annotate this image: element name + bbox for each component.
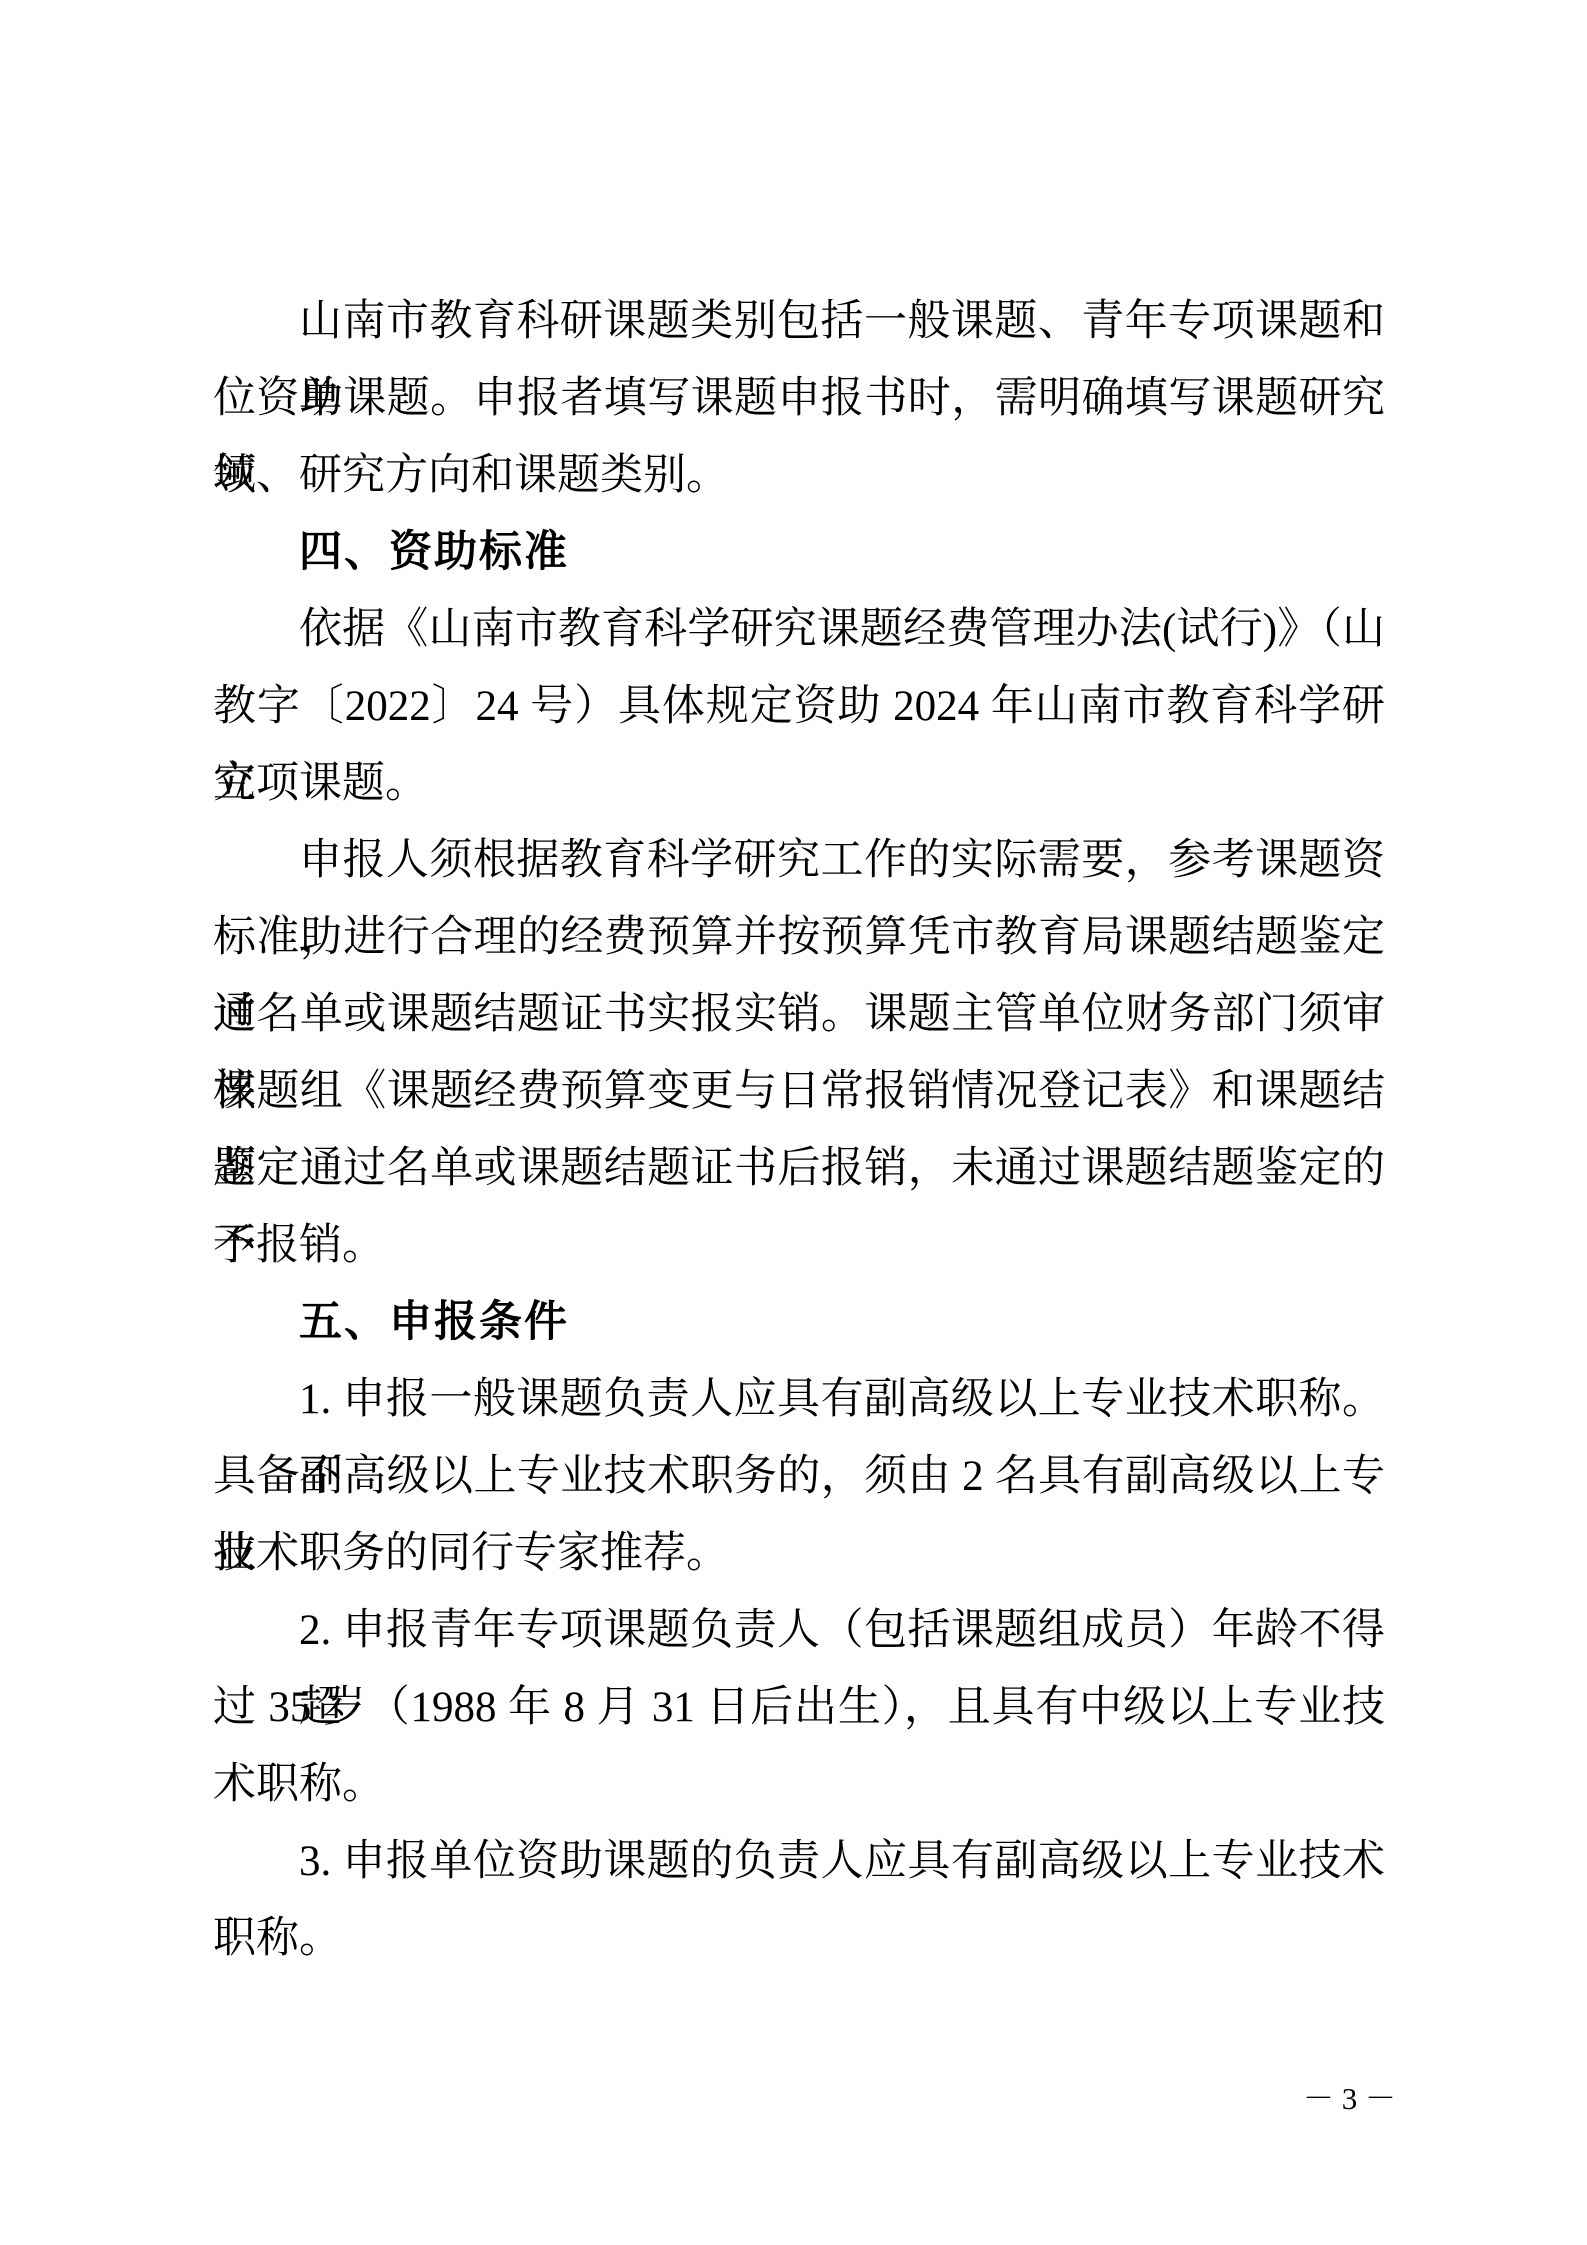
text-line: 申报人须根据教育科学研究工作的实际需要，参考课题资助: [213, 822, 1385, 899]
page-number: － 3 －: [1303, 2080, 1396, 2118]
text-line: 过 35 岁（1988 年 8 月 31 日后出生），且具有中级以上专业技: [213, 1669, 1385, 1746]
text-line: 依据《山南市教育科学研究课题经费管理办法(试行)》（山: [213, 591, 1385, 668]
section-heading: 五、申报条件: [213, 1284, 1385, 1361]
text-line: 职称。: [213, 1900, 1385, 1977]
document-page: 山南市教育科研课题类别包括一般课题、青年专项课题和单位资助课题。申报者填写课题申…: [0, 0, 1587, 2245]
text-line: 山南市教育科研课题类别包括一般课题、青年专项课题和单: [213, 283, 1385, 360]
text-line: 位资助课题。申报者填写课题申报书时，需明确填写课题研究领: [213, 360, 1385, 437]
text-line: 立项课题。: [213, 745, 1385, 822]
text-line: 过名单或课题结题证书实报实销。课题主管单位财务部门须审核: [213, 976, 1385, 1053]
text-line: 课题组《课题经费预算变更与日常报销情况登记表》和课题结题: [213, 1053, 1385, 1130]
text-line: 1. 申报一般课题负责人应具有副高级以上专业技术职称。不: [213, 1361, 1385, 1438]
section-heading: 四、资助标准: [213, 514, 1385, 591]
text-line: 3. 申报单位资助课题的负责人应具有副高级以上专业技术: [213, 1823, 1385, 1900]
document-body: 山南市教育科研课题类别包括一般课题、青年专项课题和单位资助课题。申报者填写课题申…: [213, 283, 1385, 1977]
text-line: 术职称。: [213, 1746, 1385, 1823]
text-line: 技术职务的同行专家推荐。: [213, 1515, 1385, 1592]
text-line: 教字〔2022〕24 号）具体规定资助 2024 年山南市教育科学研究: [213, 668, 1385, 745]
text-line: 域、研究方向和课题类别。: [213, 437, 1385, 514]
text-line: 具备副高级以上专业技术职务的，须由 2 名具有副高级以上专业: [213, 1438, 1385, 1515]
text-line: 鉴定通过名单或课题结题证书后报销，未通过课题结题鉴定的不: [213, 1130, 1385, 1207]
text-line: 2. 申报青年专项课题负责人（包括课题组成员）年龄不得超: [213, 1592, 1385, 1669]
text-line: 予报销。: [213, 1207, 1385, 1284]
text-line: 标准，进行合理的经费预算并按预算凭市教育局课题结题鉴定通: [213, 899, 1385, 976]
